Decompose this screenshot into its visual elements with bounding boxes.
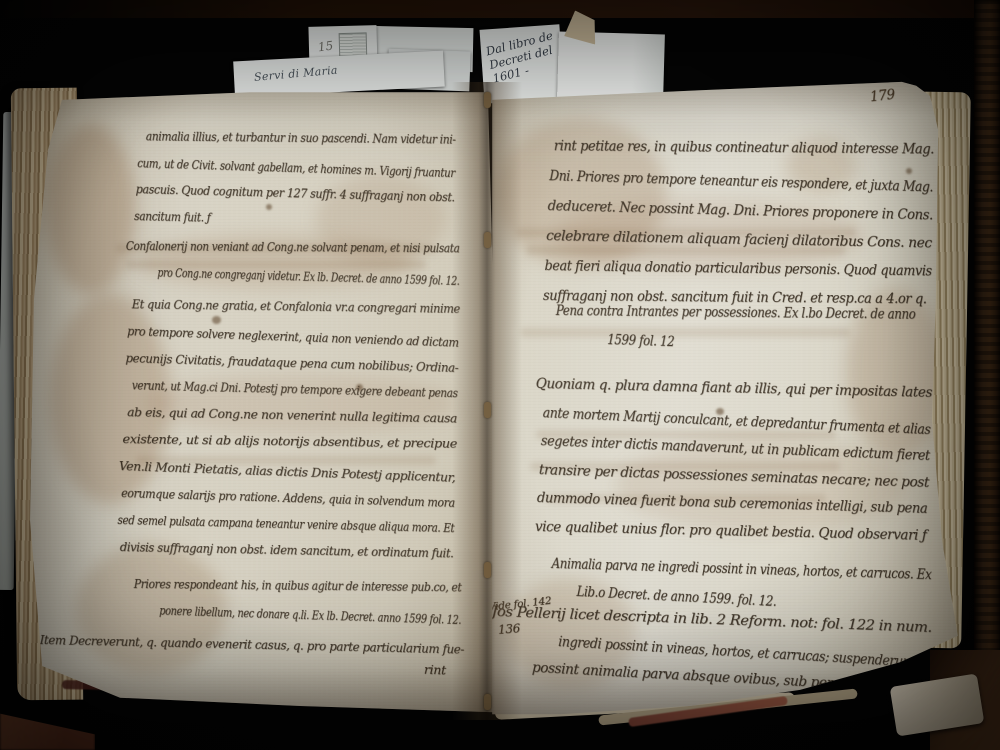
manuscript-line: sed semel pulsata campana teneantur veni… — [117, 512, 454, 535]
right-manuscript-page: 179 rint petitae res, in quibus continea… — [486, 78, 964, 720]
manuscript-line: rint petitae res, in quibus contineatur … — [554, 138, 934, 157]
left-manuscript-page: animalia illius, et turbantur in suo pas… — [16, 84, 500, 718]
stain — [46, 124, 136, 294]
manuscript-line: sancitum fuit. ƒ — [134, 208, 211, 225]
manuscript-photo-scene: 15 Servi di Maria Dal libro de Decreti d… — [0, 0, 1000, 750]
bleedthrough — [520, 328, 850, 337]
catchword: rint — [424, 662, 446, 678]
paper-tab-blank-card — [557, 32, 665, 101]
manuscript-line: pecunijs Civitatis, fraudataque pena cum… — [125, 350, 458, 375]
ink-spot — [906, 168, 912, 174]
wood-table-top-edge — [0, 0, 1000, 18]
folio-number: 179 — [869, 87, 895, 106]
ink-spot — [266, 204, 272, 210]
manuscript-line: Pena contra Intrantes per possessiones. … — [556, 303, 916, 323]
tab-strip-label: Servi di Maria — [254, 64, 339, 84]
manuscript-line: 1599 fol. 12 — [607, 332, 675, 350]
paper-tab-note-card: Dal libro de Decreti del 1601 - — [480, 24, 565, 103]
manuscript-line: Confalonerij non veniant ad Cong.ne solv… — [126, 238, 460, 255]
manuscript-line: cum, ut de Civit. solvant gabellam, et h… — [137, 155, 455, 180]
paper-tab-strip: Servi di Maria — [233, 51, 445, 98]
ink-spot — [212, 316, 221, 324]
margin-folio-number: 136 — [498, 621, 521, 637]
manuscript-line: beat fieri aliqua donatio particularibus… — [544, 258, 931, 279]
wood-table-bottom-left — [0, 694, 95, 750]
manuscript-line: existente, ut si ab alijs notorijs absen… — [122, 431, 457, 451]
manuscript-line: animalia illius, et turbantur in suo pas… — [146, 128, 456, 146]
manuscript-line: pro tempore solvere neglexerint, quia no… — [127, 323, 459, 350]
manuscript-line: Animalia parva ne ingredi possint in vin… — [551, 556, 931, 583]
manuscript-line: Et quia Cong.ne gratia, et Confalonia vr… — [132, 296, 460, 316]
tab-note-text: Dal libro de Decreti del 1601 - — [484, 28, 561, 85]
wood-table-right-edge — [974, 0, 1000, 750]
tab-number-label: 15 — [317, 39, 334, 55]
manuscript-line: eorumque salarijs pro ratione. Addens, q… — [121, 485, 455, 510]
